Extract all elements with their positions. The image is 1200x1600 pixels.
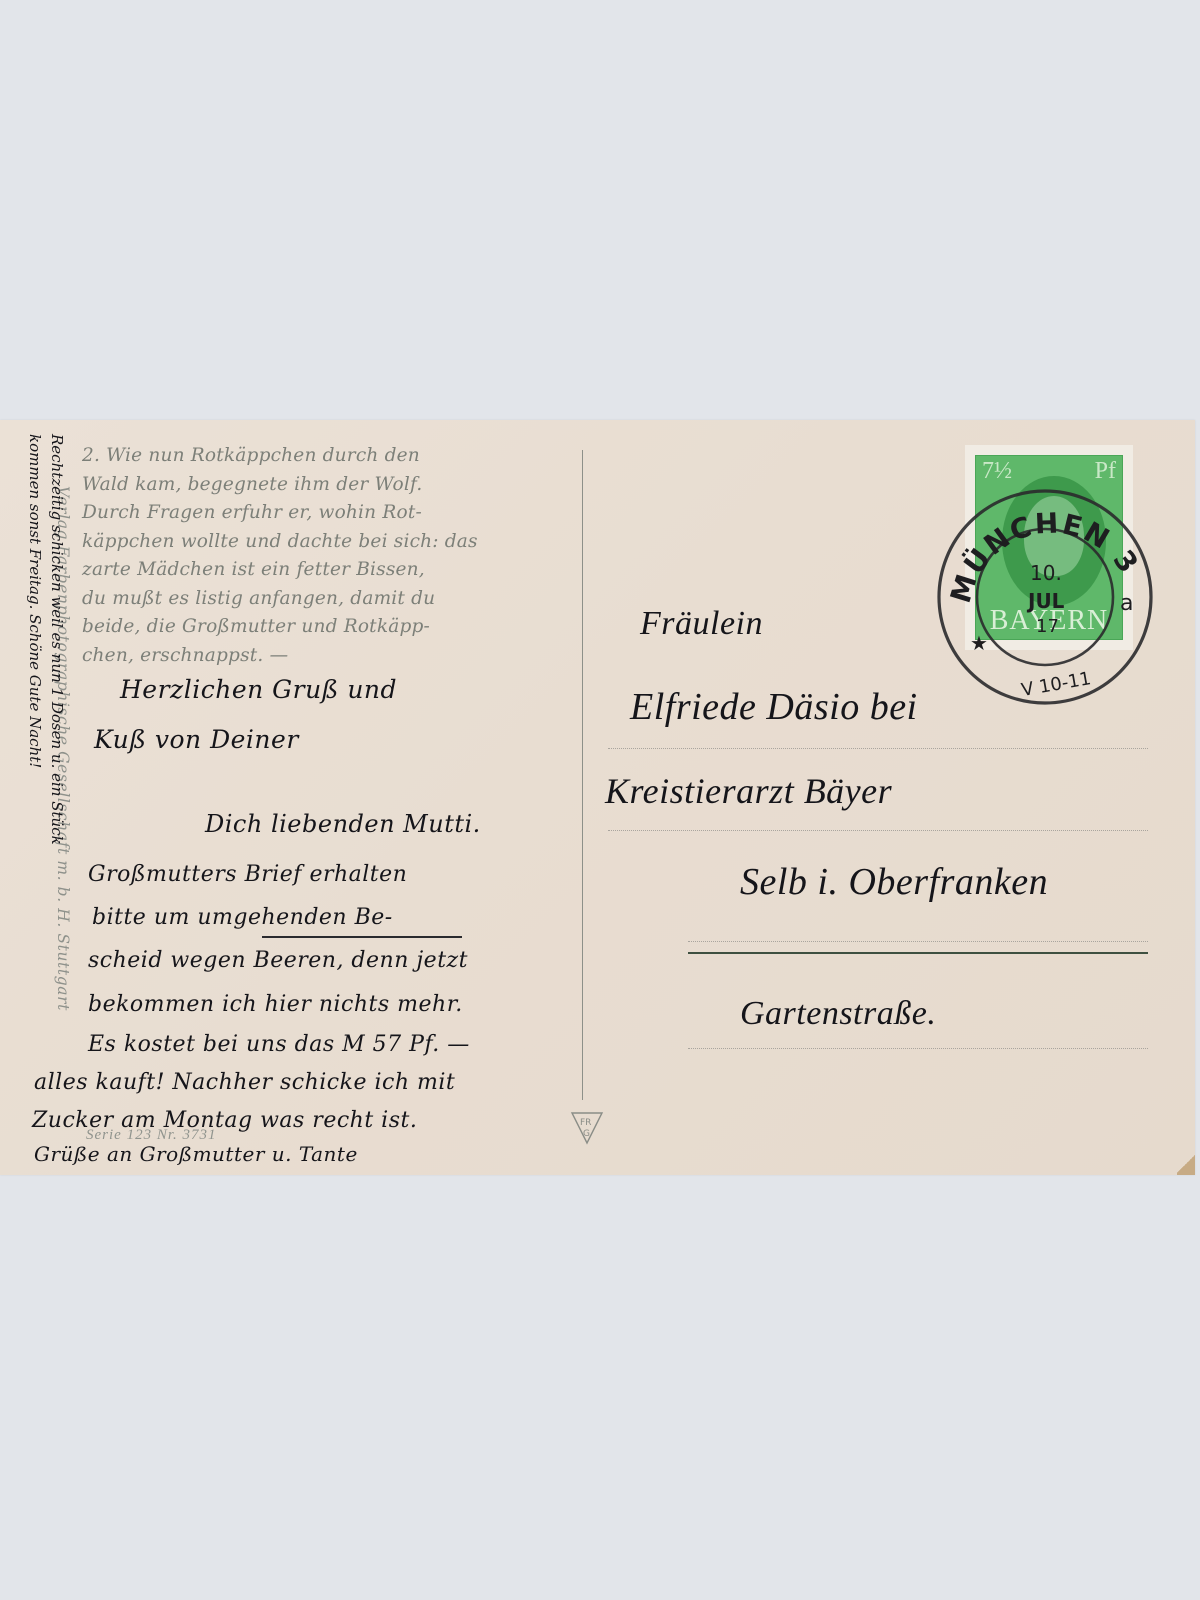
underline-stroke xyxy=(262,936,462,938)
address-line-3 xyxy=(688,941,1148,942)
address-line-solid xyxy=(688,952,1148,954)
svg-text:a: a xyxy=(1120,591,1133,616)
svg-text:FR: FR xyxy=(580,1118,591,1128)
address-line-1 xyxy=(608,748,1148,749)
printed-story-text: 2. Wie nun Rotkäppchen durch den Wald ka… xyxy=(82,442,552,670)
postmark-cancellation: MÜNCHEN 30 10. JUL 17 a ★ V 10-11 xyxy=(930,480,1170,720)
card-corner-wear xyxy=(1177,1153,1195,1175)
svg-text:17: 17 xyxy=(1036,616,1059,637)
svg-text:10.: 10. xyxy=(1030,561,1062,585)
postcard-back: Verlag Farbenphotographische Gesellschaf… xyxy=(0,420,1195,1175)
address-line-2 xyxy=(608,830,1148,831)
svg-text:G: G xyxy=(583,1129,590,1139)
publisher-logo-icon: FR G xyxy=(570,1110,604,1146)
center-divider xyxy=(582,450,583,1100)
svg-text:JUL: JUL xyxy=(1026,589,1065,613)
address-line-4 xyxy=(688,1048,1148,1049)
handwritten-side-note: Rechtzeitig schicken weil es nun 1 Dosen… xyxy=(24,434,68,845)
series-number: Serie 123 Nr. 3731 xyxy=(86,1127,217,1144)
svg-text:★: ★ xyxy=(970,631,988,655)
